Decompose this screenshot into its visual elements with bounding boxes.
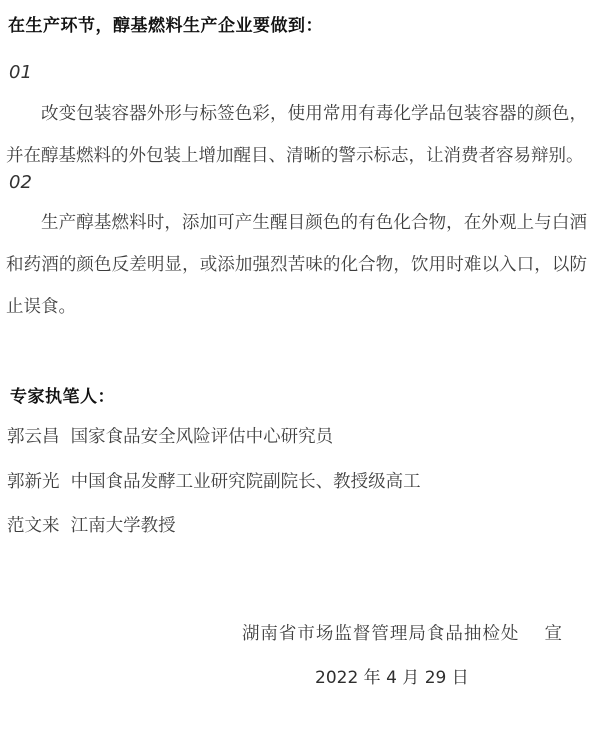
paragraph-item-01: 改变包装容器外形与标签色彩，使用常用有毒化学品包装容器的颜色，并在醇基燃料的外包…: [6, 93, 587, 177]
section-heading: 在生产环节，醇基燃料生产企业要做到：: [8, 15, 323, 38]
expert-line-fan-wenlai: 范文来 江南大学教授: [7, 514, 176, 538]
paragraph-item-02: 生产醇基燃料时，添加可产生醒目颜色的有色化合物，在外观上与白酒和药酒的颜色反差明…: [6, 202, 587, 328]
issuing-bureau-signature: 湖南省市场监督管理局食品抽检处 宣: [242, 622, 563, 646]
document-page: 在生产环节，醇基燃料生产企业要做到： 01 改变包装容器外形与标签色彩，使用常用…: [0, 0, 600, 756]
publish-date: 2022 年 4 月 29 日: [315, 666, 469, 690]
item-number-02: 02: [9, 174, 32, 192]
experts-heading: 专家执笔人：: [10, 386, 115, 409]
expert-line-guo-yunchang: 郭云昌 国家食品安全风险评估中心研究员: [7, 425, 333, 449]
expert-line-guo-xinguang: 郭新光 中国食品发酵工业研究院副院长、教授级高工: [7, 470, 421, 494]
item-number-01: 01: [9, 64, 32, 82]
